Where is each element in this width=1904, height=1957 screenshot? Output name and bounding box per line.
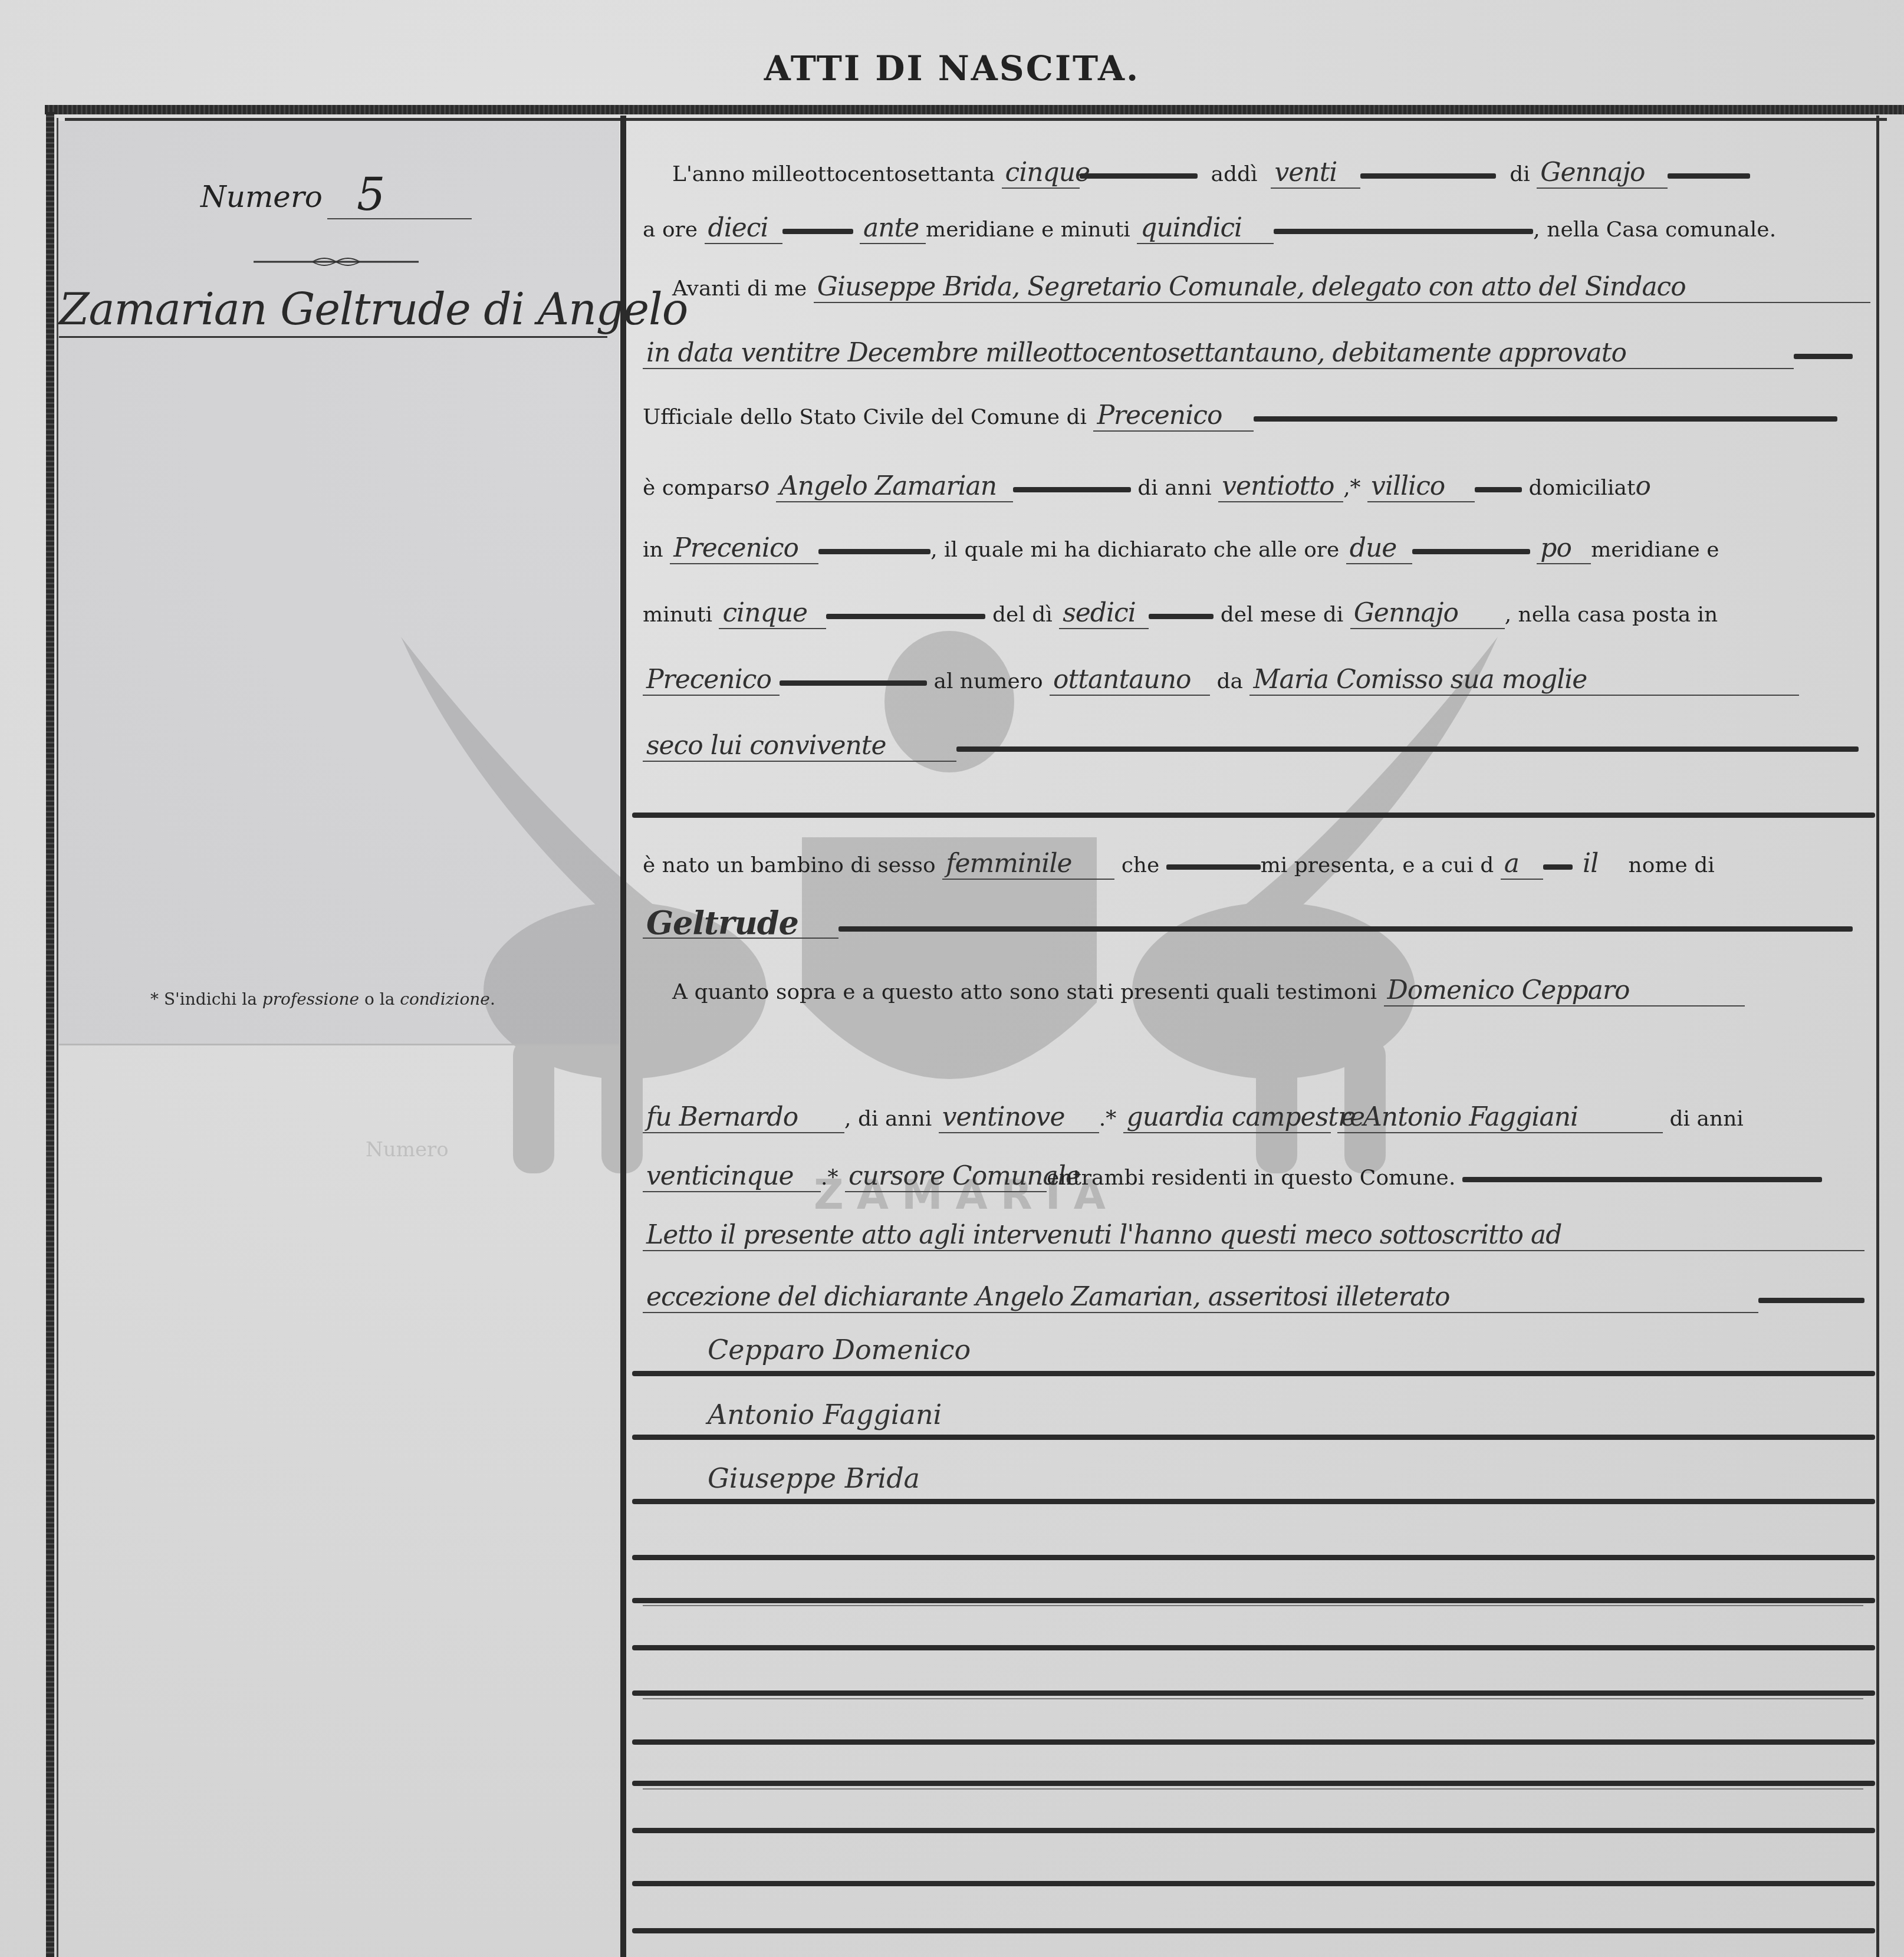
footnote-text: . (490, 989, 495, 1009)
printed-text: da (1216, 669, 1243, 693)
row-birth-place: Precenico al numero ottantauno da Maria … (643, 665, 1872, 696)
row-declarant: è comparso Angelo Zamarian di anni venti… (643, 472, 1872, 503)
blank-line-rule (632, 1598, 1875, 1603)
signature-line (632, 1371, 1875, 1376)
frame-border-left-inner (57, 118, 58, 1957)
frame-border-top (45, 105, 1904, 114)
field-witness-1-age: ventinove (939, 1103, 1099, 1133)
ornament-divider-icon (254, 254, 419, 271)
printed-text: a ore (643, 218, 698, 242)
field-mother: Maria Comisso sua moglie (1249, 665, 1799, 696)
blank-line-rule (632, 1555, 1875, 1560)
blank-line-rule (632, 1690, 1875, 1696)
row-reading-note-2: eccezione del dichiarante Angelo Zamaria… (643, 1282, 1872, 1314)
page-title: ATTI DI NASCITA. (0, 48, 1904, 88)
printed-text: al numero (933, 669, 1043, 693)
field-witness-1: Domenico Cepparo (1384, 976, 1745, 1007)
printed-text: nome di (1629, 853, 1715, 877)
row-comune: Ufficiale dello Stato Civile del Comune … (643, 401, 1872, 432)
field-birth-month: Gennajo (1350, 598, 1505, 629)
record-subject-name: Zamarian Geltrude di Angelo (59, 283, 607, 338)
field-witness-2-profession: cursore Comunale (845, 1162, 1047, 1192)
fill-dash (826, 614, 985, 619)
frame-border-right (1876, 116, 1879, 1957)
row-residence: in Precenico, il quale mi ha dichiarato … (643, 534, 1872, 565)
field-child-sex: femminile (942, 849, 1114, 880)
field-witness-2: e Antonio Faggiani (1337, 1103, 1663, 1133)
column-divider (620, 116, 626, 1957)
printed-text: del mese di (1221, 603, 1344, 627)
frame-border-left (46, 112, 54, 1957)
blank-line-rule (632, 1645, 1875, 1650)
signature-witness-2: Antonio Faggiani (708, 1399, 942, 1430)
field-ante-post: po (1537, 534, 1591, 564)
field-declarant-age: ventiotto (1218, 472, 1343, 502)
printed-text: L'anno milleottocentosettanta (672, 162, 995, 186)
field-ante-post: ante (860, 213, 926, 244)
row-witness-details: fu Bernardo, di anni ventinove.* guardia… (643, 1103, 1872, 1134)
field-comune: Precenico (1093, 401, 1254, 432)
printed-text: entrambi residenti in questo Comune. (1047, 1166, 1455, 1190)
row-witnesses: A quanto sopra e a questo atto sono stat… (672, 976, 1902, 1007)
fill-dash (1080, 173, 1198, 179)
fill-dash (1412, 549, 1530, 554)
row-birth-date: minuti cinque del dì sedici del mese di … (643, 598, 1872, 630)
blank-line-rule (632, 1739, 1875, 1745)
row-delegation: in data ventitre Decembre milleottocento… (643, 338, 1872, 370)
fill-dash (1274, 229, 1533, 234)
field-verb-suffix: a (1501, 849, 1543, 880)
printed-text: , il quale mi ha dichiarato che alle ore (930, 538, 1339, 562)
field-witness-1-profession: guardia campestre (1123, 1103, 1331, 1133)
blank-line-rule (632, 1928, 1875, 1933)
field-gender-suffix: o (1636, 472, 1651, 501)
fill-dash (1254, 416, 1837, 422)
field-closing-note-1: Letto il presente atto agli intervenuti … (643, 1221, 1864, 1251)
field-year: cinque (1002, 158, 1080, 189)
fill-dash (780, 680, 927, 686)
printed-text: che (1122, 853, 1160, 877)
fill-dash (782, 229, 853, 234)
row-year-date: L'anno milleottocentosettanta cinque add… (672, 158, 1902, 189)
fill-dash (818, 549, 930, 554)
numero-label: Numero (200, 180, 323, 214)
footnote-condition: condizione (400, 989, 490, 1009)
footnote: * S'indichi la professione o la condizio… (150, 989, 495, 1009)
signature-witness-1: Cepparo Domenico (708, 1334, 971, 1366)
printed-text: mi presenta, e a cui d (1261, 853, 1494, 877)
field-delegation: in data ventitre Decembre milleottocento… (643, 338, 1794, 369)
footnote-text: o la (359, 989, 400, 1009)
row-officer: Avanti di me Giuseppe Brida, Segretario … (672, 272, 1902, 304)
record-number: 5 (357, 168, 385, 221)
field-house-number: ottantauno (1050, 665, 1210, 696)
printed-text: del dì (992, 603, 1053, 627)
blank-line-rule (643, 1698, 1863, 1699)
blank-line-rule (632, 813, 1875, 818)
printed-text: , nella casa posta in (1505, 603, 1718, 627)
blank-line-rule (632, 1828, 1875, 1833)
printed-text: è compars (643, 476, 754, 500)
blank-line-rule (632, 1881, 1875, 1886)
field-cohabitation: seco lui convivente (643, 731, 956, 762)
footnote-profession: professione (262, 989, 359, 1009)
field-child-name: Geltrude (643, 908, 838, 939)
fill-dash (1149, 614, 1214, 619)
printed-text: meridiane e minuti (926, 218, 1130, 242)
fill-dash (1794, 354, 1853, 359)
fill-dash (1758, 1298, 1864, 1303)
printed-text: minuti (643, 603, 712, 627)
field-residence: Precenico (670, 534, 818, 564)
printed-text: è nato un bambino di sesso (643, 853, 936, 877)
row-reading-note: Letto il presente atto agli intervenuti … (643, 1221, 1872, 1252)
fill-dash (1668, 173, 1750, 179)
signature-officer: Giuseppe Brida (708, 1462, 920, 1494)
fill-dash (956, 746, 1859, 752)
printed-text: domiciliat (1529, 476, 1636, 500)
field-declarant-name: Angelo Zamarian (776, 472, 1013, 502)
field-officer: Giuseppe Brida, Segretario Comunale, del… (814, 272, 1870, 303)
field-birth-hour: due (1346, 534, 1412, 564)
row-witness-2-details: venticinque.* cursore Comunaleentrambi r… (643, 1162, 1872, 1193)
bleed-through-text: Numero (366, 1138, 449, 1162)
field-witness-2-age: venticinque (643, 1162, 821, 1192)
field-declarant-profession: villico (1367, 472, 1475, 502)
printed-text: addì (1211, 162, 1257, 186)
printed-text: di (1510, 162, 1530, 186)
signature-line (632, 1499, 1875, 1504)
printed-text: .* (821, 1166, 838, 1190)
field-article: il (1579, 849, 1622, 879)
field-day: venti (1271, 158, 1360, 189)
field-closing-note-2: eccezione del dichiarante Angelo Zamaria… (643, 1282, 1758, 1313)
field-birth-day: sedici (1059, 598, 1149, 629)
row-child-sex: è nato un bambino di sesso femminile che… (643, 849, 1872, 880)
footnote-text: * S'indichi la (150, 989, 262, 1009)
printed-text: Ufficiale dello Stato Civile del Comune … (643, 405, 1087, 429)
left-column-separator (59, 1044, 619, 1045)
printed-text: ,* (1343, 476, 1360, 500)
blank-line-rule (643, 1788, 1863, 1790)
fill-dash (1475, 487, 1522, 492)
field-gender-suffix: o (754, 472, 770, 501)
printed-text: Avanti di me (672, 277, 807, 301)
numero-underline (327, 218, 472, 219)
field-birth-place: Precenico (643, 665, 780, 696)
field-witness-1-father: fu Bernardo (643, 1103, 844, 1133)
printed-text: meridiane e (1591, 538, 1719, 562)
field-birth-minutes: cinque (719, 598, 826, 629)
field-month: Gennajo (1537, 158, 1668, 189)
printed-text: , nella Casa comunale. (1533, 218, 1776, 242)
blank-line-rule (643, 1605, 1863, 1606)
fill-dash (1013, 487, 1131, 492)
fill-dash (1166, 864, 1261, 870)
printed-text: A quanto sopra e a questo atto sono stat… (672, 980, 1377, 1004)
row-child-name: Geltrude (643, 908, 1872, 942)
printed-text: , di anni (844, 1107, 932, 1131)
printed-text: in (643, 538, 663, 562)
fill-dash (1462, 1177, 1822, 1182)
fill-dash (1360, 173, 1496, 179)
row-hour: a ore dieci antemeridiane e minuti quind… (643, 213, 1872, 245)
fill-dash (1543, 864, 1573, 870)
signature-line (632, 1435, 1875, 1440)
field-hour: dieci (705, 213, 782, 244)
fill-dash (838, 926, 1853, 932)
printed-text: di anni (1137, 476, 1211, 500)
printed-text: di anni (1670, 1107, 1744, 1131)
field-minutes: quindici (1137, 213, 1274, 244)
row-cohabitation: seco lui convivente (643, 731, 1872, 762)
printed-text: .* (1099, 1107, 1116, 1131)
blank-line-rule (632, 1781, 1875, 1786)
